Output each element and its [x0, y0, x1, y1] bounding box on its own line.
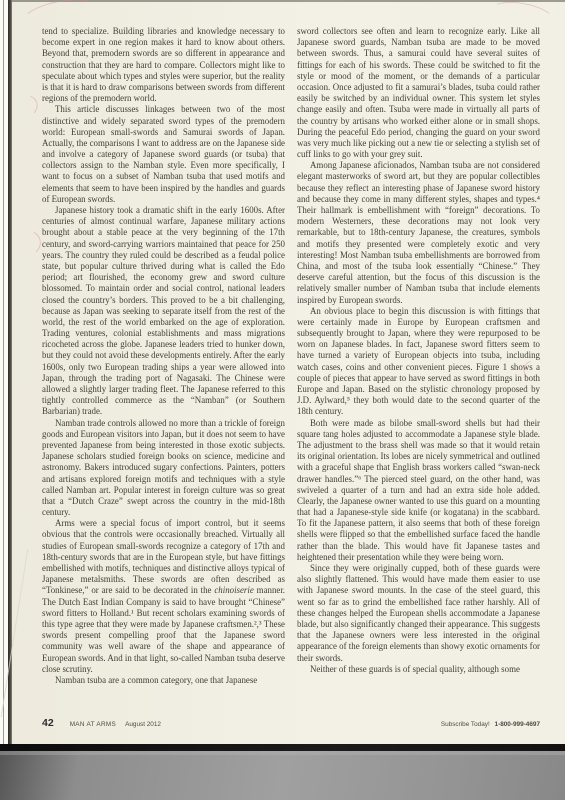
desk-sheen: [0, 751, 565, 755]
desk-background: [0, 751, 565, 800]
left-column: tend to specialize. Building libraries a…: [42, 26, 285, 708]
paragraph: Neither of these guards is of special qu…: [297, 664, 540, 675]
paragraph: An obvious place to begin this discussio…: [297, 306, 540, 418]
paragraph: Japanese history took a dramatic shift i…: [42, 205, 285, 418]
paragraph: Both were made as bilobe small-sword she…: [297, 418, 540, 563]
paragraph-text: manner. The Dutch East Indian Company is…: [42, 585, 285, 673]
magazine-name: MAN AT ARMS: [70, 721, 116, 728]
paragraph: sword collectors see often and learn to …: [297, 26, 540, 160]
footer-right: Subscribe Today! 1-800-999-4697: [441, 721, 540, 728]
paragraph: This article discusses linkages between …: [42, 104, 285, 205]
magazine-page-scan: tend to specialize. Building libraries a…: [0, 0, 565, 744]
paragraph-text: Arms were a special focus of import cont…: [42, 518, 285, 595]
page-footer: 42 MAN AT ARMS August 2012 Subscribe Tod…: [42, 717, 540, 729]
article-body: tend to specialize. Building libraries a…: [0, 0, 565, 708]
paragraph: Namban tsuba are a common category, one …: [42, 675, 285, 686]
right-column: sword collectors see often and learn to …: [297, 26, 540, 708]
paragraph: Arms were a special focus of import cont…: [42, 518, 285, 675]
paragraph: Among Japanese aficionados, Namban tsuba…: [297, 160, 540, 305]
footer-left: 42 MAN AT ARMS August 2012: [42, 717, 161, 729]
page-number: 42: [42, 717, 54, 729]
subscribe-label: Subscribe Today!: [441, 721, 490, 728]
subscribe-phone-number: 1-800-999-4697: [495, 721, 540, 728]
paragraph: Namban trade controls allowed no more th…: [42, 418, 285, 519]
issue-date: August 2012: [125, 721, 161, 728]
paragraph: Since they were originally cupped, both …: [297, 563, 540, 664]
paragraph: tend to specialize. Building libraries a…: [42, 26, 285, 104]
page-bottom-edge-shadow: [0, 744, 565, 751]
italic-term: chinoiserie: [214, 585, 253, 595]
